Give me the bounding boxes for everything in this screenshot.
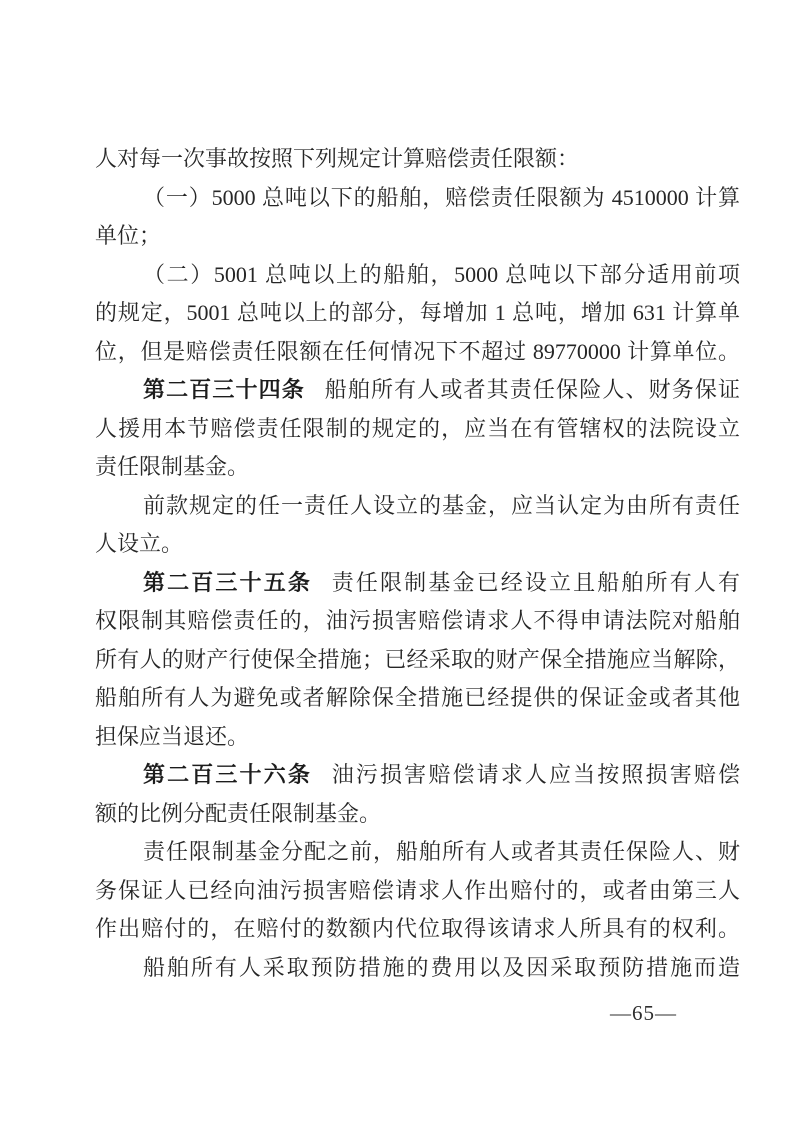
text-line: 船舶所有人为避免或者解除保全措施已经提供的保证金或者其他 [95, 679, 740, 718]
article-number: 第二百三十六条 [143, 762, 312, 787]
line-text: 担保应当退还。 [95, 724, 249, 749]
line-text: 单位； [95, 223, 161, 248]
text-line: 第二百三十四条船舶所有人或者其责任保险人、财务保证 [95, 371, 740, 410]
text-line: 作出赔付的，在赔付的数额内代位取得该请求人所具有的权利。 [95, 910, 740, 949]
text-line: 船舶所有人采取预防措施的费用以及因采取预防措施而造 [95, 949, 740, 988]
line-text: 人援用本节赔偿责任限制的规定的，应当在有管辖权的法院设立 [95, 416, 740, 441]
page: 人对每一次事故按照下列规定计算赔偿责任限额：（一）5000 总吨以下的船舶，赔偿… [0, 0, 793, 1122]
text-line: 前款规定的任一责任人设立的基金，应当认定为由所有责任 [95, 487, 740, 526]
text-line: 人援用本节赔偿责任限制的规定的，应当在有管辖权的法院设立 [95, 410, 740, 449]
line-text: 务保证人已经向油污损害赔偿请求人作出赔付的，或者由第三人 [95, 878, 740, 903]
text-line: 务保证人已经向油污损害赔偿请求人作出赔付的，或者由第三人 [95, 872, 740, 911]
article-number: 第二百三十四条 [143, 377, 305, 402]
line-text: 油污损害赔偿请求人应当按照损害赔偿 [332, 762, 740, 787]
line-text: 权限制其赔偿责任的，油污损害赔偿请求人不得申请法院对船舶 [95, 608, 740, 633]
text-line: （二）5001 总吨以上的船舶，5000 总吨以下部分适用前项 [95, 256, 740, 295]
line-text: （二）5001 总吨以上的船舶，5000 总吨以下部分适用前项 [143, 262, 740, 287]
article-number: 第二百三十五条 [143, 570, 312, 595]
text-line: （一）5000 总吨以下的船舶，赔偿责任限额为 4510000 计算 [95, 179, 740, 218]
text-line: 责任限制基金分配之前，船舶所有人或者其责任保险人、财 [95, 833, 740, 872]
text-line: 第二百三十五条责任限制基金已经设立且船舶所有人有 [95, 564, 740, 603]
text-line: 的规定，5001 总吨以上的部分，每增加 1 总吨，增加 631 计算单 [95, 294, 740, 333]
text-line: 第二百三十六条油污损害赔偿请求人应当按照损害赔偿 [95, 756, 740, 795]
text-line: 所有人的财产行使保全措施；已经采取的财产保全措施应当解除， [95, 641, 740, 680]
text-line: 权限制其赔偿责任的，油污损害赔偿请求人不得申请法院对船舶 [95, 602, 740, 641]
line-text: 船舶所有人采取预防措施的费用以及因采取预防措施而造 [143, 955, 740, 980]
line-text: 的规定，5001 总吨以上的部分，每增加 1 总吨，增加 631 计算单 [95, 300, 740, 325]
line-text: 所有人的财产行使保全措施；已经采取的财产保全措施应当解除， [95, 647, 740, 672]
line-text: 人设立。 [95, 531, 183, 556]
line-text: 前款规定的任一责任人设立的基金，应当认定为由所有责任 [143, 493, 740, 518]
document-body: 人对每一次事故按照下列规定计算赔偿责任限额：（一）5000 总吨以下的船舶，赔偿… [95, 140, 740, 987]
line-text: 作出赔付的，在赔付的数额内代位取得该请求人所具有的权利。 [95, 916, 740, 941]
line-text: 船舶所有人或者其责任保险人、财务保证 [325, 377, 740, 402]
text-line: 位，但是赔偿责任限额在任何情况下不超过 89770000 计算单位。 [95, 333, 740, 372]
page-number: —65— [610, 1001, 677, 1026]
line-text: 责任限制基金。 [95, 454, 249, 479]
text-line: 责任限制基金。 [95, 448, 740, 487]
line-text: 责任限制基金已经设立且船舶所有人有 [332, 570, 740, 595]
text-line: 额的比例分配责任限制基金。 [95, 795, 740, 834]
line-text: 人对每一次事故按照下列规定计算赔偿责任限额： [95, 146, 579, 171]
line-text: 额的比例分配责任限制基金。 [95, 801, 381, 826]
text-line: 人设立。 [95, 525, 740, 564]
line-text: 船舶所有人为避免或者解除保全措施已经提供的保证金或者其他 [95, 685, 740, 710]
line-text: （一）5000 总吨以下的船舶，赔偿责任限额为 4510000 计算 [143, 185, 740, 210]
text-line: 单位； [95, 217, 740, 256]
line-text: 位，但是赔偿责任限额在任何情况下不超过 89770000 计算单位。 [95, 339, 740, 364]
line-text: 责任限制基金分配之前，船舶所有人或者其责任保险人、财 [143, 839, 740, 864]
text-line: 人对每一次事故按照下列规定计算赔偿责任限额： [95, 140, 740, 179]
text-line: 担保应当退还。 [95, 718, 740, 757]
